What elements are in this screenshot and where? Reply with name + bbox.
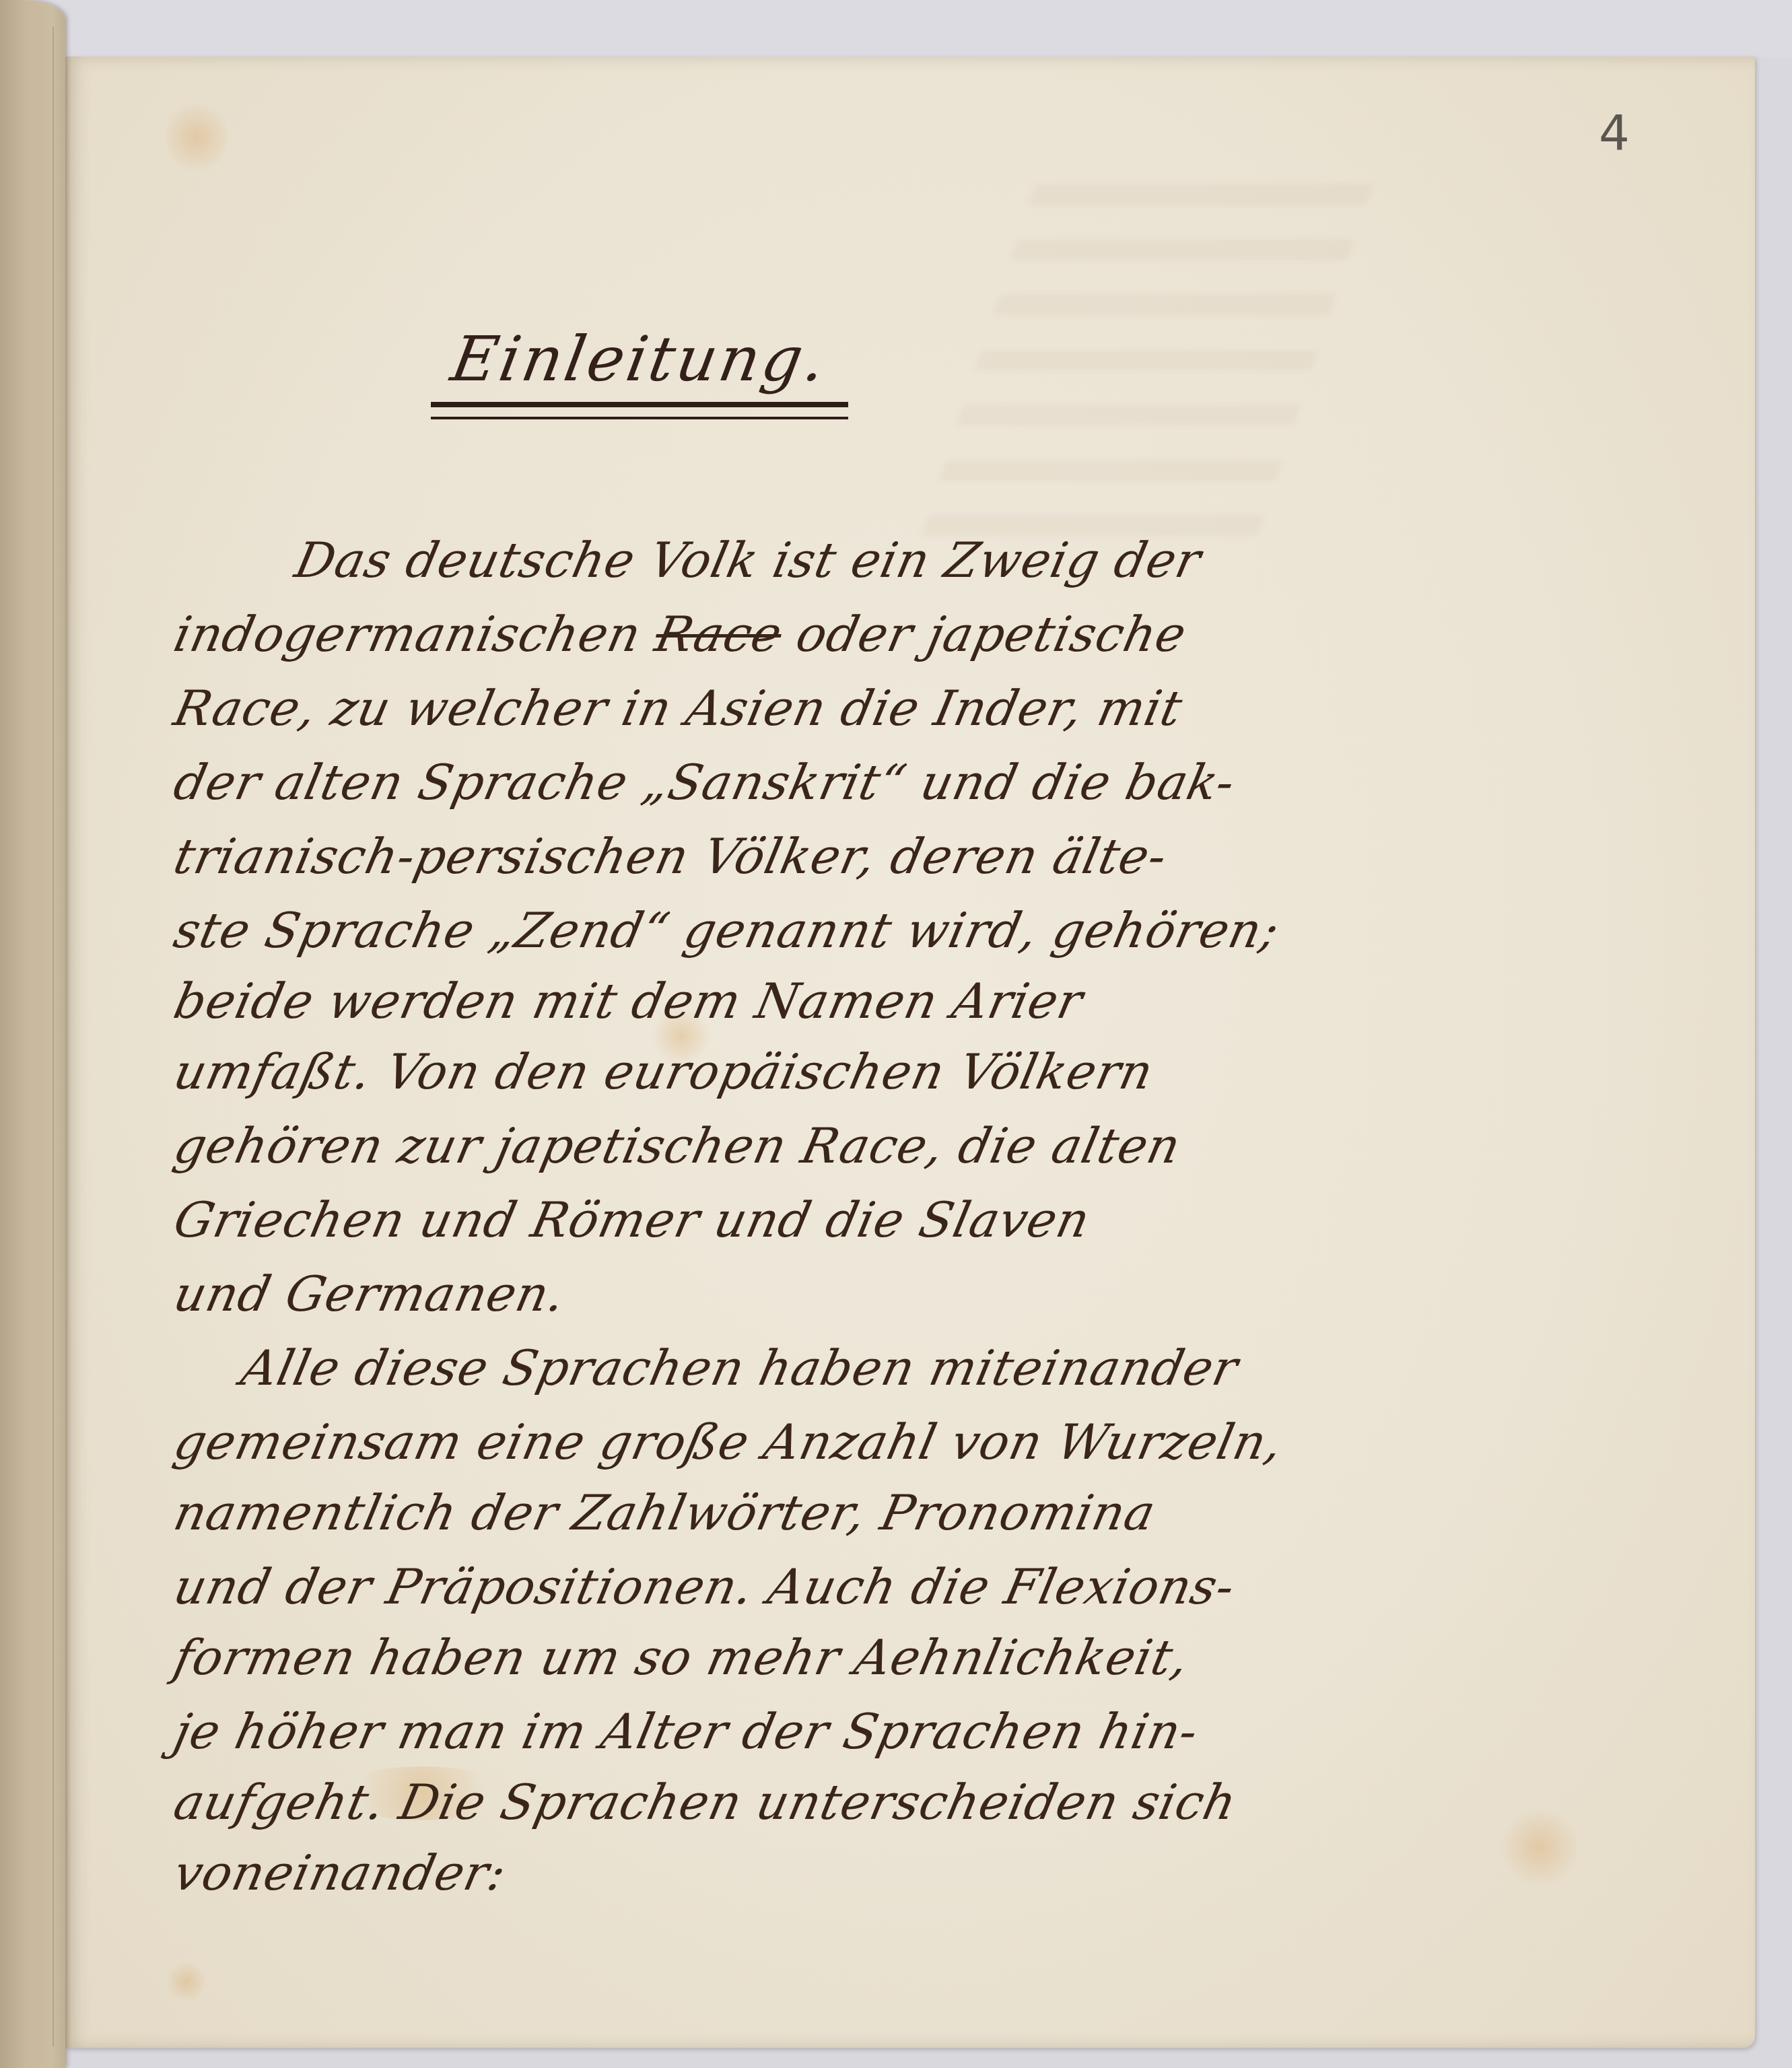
text-line: trianisch-persischen Völker, deren älte-	[169, 828, 1172, 885]
text-line: namentlich der Zahlwörter, Pronomina	[169, 1484, 1161, 1541]
text-segment: oder japetische	[776, 606, 1192, 662]
text-line: Race, zu welcher in Asien die Inder, mit	[169, 680, 1187, 736]
heading-double-underline	[431, 402, 848, 419]
foxing-stain	[166, 1962, 207, 2002]
text-line: Alle diese Sprachen haben miteinander	[236, 1340, 1243, 1396]
ink-bleed-through	[913, 184, 1372, 561]
text-line: gemeinsam eine große Anzahl von Wurzeln,	[169, 1414, 1288, 1470]
text-line: aufgeht. Die Sprachen unterscheiden sich	[169, 1774, 1242, 1830]
text-line: der alten Sprache „Sanskrit“ und die bak…	[169, 754, 1240, 811]
text-line: voneinander:	[169, 1845, 512, 1901]
text-line: und der Präpositionen. Auch die Flexions…	[169, 1558, 1240, 1615]
text-line: Das deutsche Volk ist ein Zweig der	[290, 532, 1206, 588]
text-line: formen haben um so mehr Aehnlichkeit,	[169, 1629, 1194, 1686]
page-fold-line	[53, 27, 54, 2046]
text-line: Griechen und Römer und die Slaven	[169, 1192, 1095, 1248]
text-line: umfaßt. Von den europäischen Völkern	[169, 1043, 1159, 1100]
text-line: beide werden mit dem Namen Arier	[169, 973, 1088, 1029]
text-line: ste Sprache „Zend“ genannt wird, gehören…	[169, 902, 1284, 959]
text-line: und Germanen.	[169, 1266, 571, 1322]
struck-word: Race	[650, 606, 788, 662]
foxing-stain	[1499, 1807, 1580, 1888]
page-number: 4	[1599, 104, 1630, 161]
background	[0, 0, 1792, 57]
text-line: je höher man im Alter der Sprachen hin-	[169, 1703, 1204, 1760]
text-line: gehören zur japetischen Race, die alten	[169, 1117, 1186, 1174]
text-segment: indogermanischen	[169, 606, 662, 662]
heading-block: Einleitung.	[431, 323, 848, 419]
page-heading: Einleitung.	[446, 323, 833, 395]
facing-page-edge	[0, 0, 65, 2068]
text-line: indogermanischen Race oder japetische	[169, 606, 1192, 662]
foxing-stain	[166, 97, 227, 178]
